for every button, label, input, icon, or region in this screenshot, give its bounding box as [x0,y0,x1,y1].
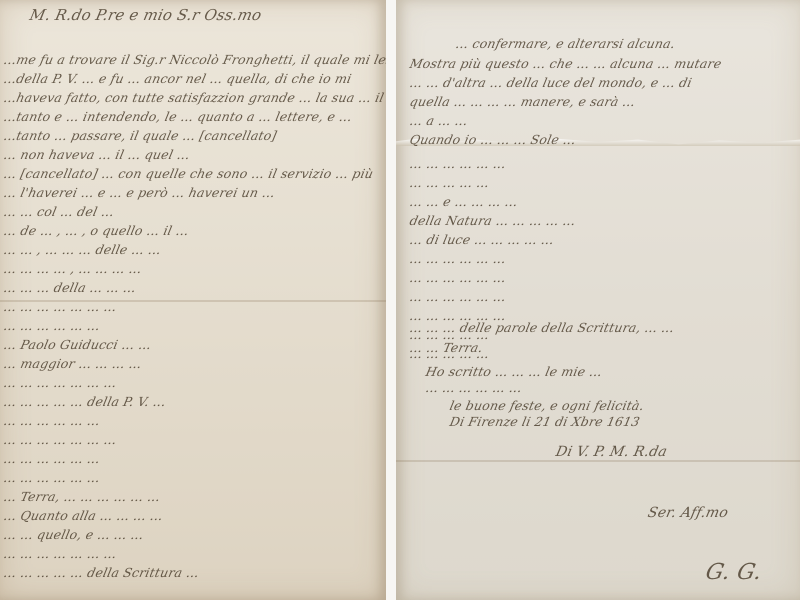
text-line: ...tanto ... passare, il quale ... [canc… [2,128,278,143]
text-line: ... ... ... ... ... ... [408,289,507,304]
text-line: ... maggior ... ... ... ... [2,356,143,371]
text-line: ... ... , ... ... ... delle ... ... [2,242,162,257]
text-line: Quando io ... ... ... Sole ... [408,132,577,147]
text-line: ... [cancellato] ... con quelle che sono… [2,166,374,181]
text-line: ... ... ... ... ... ... [2,318,101,333]
text-line: ... confermare, e alterarsi alcuna. [454,36,676,51]
text-line: ... ... ... ... ... ... [2,470,101,485]
text-line: ... ... ... ... ... ... [2,451,101,466]
letter-page-left: M. R.do P.re e mio S.r Oss.mo ...me fu a… [0,0,386,600]
page-gutter [386,0,396,600]
text-line: ... Quanto alla ... ... ... ... [2,508,164,523]
text-line: ... ... ... ... ... ... [408,156,507,171]
text-line: ... l'haverei ... e ... e però ... haver… [2,185,276,200]
text-line: ... ... e ... ... ... ... [408,194,519,209]
text-line: ... ... ... ... ... ... ... [2,432,118,447]
text-line: ...me fu a trovare il Sig.r Niccolò Fron… [2,52,386,67]
text-line: ... ... ... della ... ... ... [2,280,137,295]
text-line: ... Terra, ... ... ... ... ... ... [2,489,161,504]
text-line: ... a ... ... [408,113,469,128]
text-line: ... ... ... ... ... ... ... [2,546,118,561]
text-line: ... ... col ... del ... [2,204,115,219]
text-line: ... ... ... ... , ... ... ... ... [2,261,143,276]
signature-prefix: Ser. Aff.mo [646,505,729,521]
date-line: Di Firenze li 21 di Xbre 1613 [448,414,641,429]
text-line: ... Paolo Guiducci ... ... [2,337,152,352]
text-line: quella ... ... ... ... manere, e sarà ..… [408,94,636,109]
text-line: le buone feste, e ogni felicità. [448,398,645,413]
text-line: ... ... ... ... ... ... [408,251,507,266]
text-line: ... ... ... ... ... ... ... [2,375,118,390]
text-line: ... ... ... ... ... ... [2,413,101,428]
text-line: ... ... quello, e ... ... ... [2,527,145,542]
text-line: ... ... d'altra ... della luce del mondo… [408,75,693,90]
text-line: ... ... ... ... ... ... [408,270,507,285]
text-line: ... ... ... ... ... ... [424,380,523,395]
text-line: ...tanto e ... intendendo, le ... quanto… [2,109,353,124]
text-line: ... ... ... ... ... della P. V. ... [2,394,167,409]
text-line: ... de ... , ... , o quello ... il ... [2,223,190,238]
letter-page-right: ... confermare, e alterarsi alcuna. Most… [396,0,800,600]
closing: Di V. P. M. R.da [554,444,668,460]
text-line: ...della P. V. ... e fu ... ancor nel ..… [2,71,353,86]
text-line: ... di luce ... ... ... ... ... [408,232,555,247]
text-line: ... ... ... ... ... della Scrittura ... [2,565,200,580]
text-line: ... ... ... ... ... [408,175,490,190]
text-line: Mostra più questo ... che ... ... alcuna… [408,56,723,71]
salutation: M. R.do P.re e mio S.r Oss.mo [28,6,263,24]
signature: G. G. [703,560,764,585]
text-line: della Natura ... ... ... ... ... [408,213,577,228]
text-line: ... non haveva ... il ... quel ... [2,147,191,162]
text-line: ...haveva fatto, con tutte satisfazzion … [2,90,386,105]
text-line: ... ... Terra. [408,340,484,355]
text-line: ... ... ... ... ... ... ... [2,299,118,314]
text-line: Ho scritto ... ... ... le mie ... [424,364,603,379]
text-line: ... ... ... delle parole della Scrittura… [408,320,675,335]
fold-line [396,460,800,462]
